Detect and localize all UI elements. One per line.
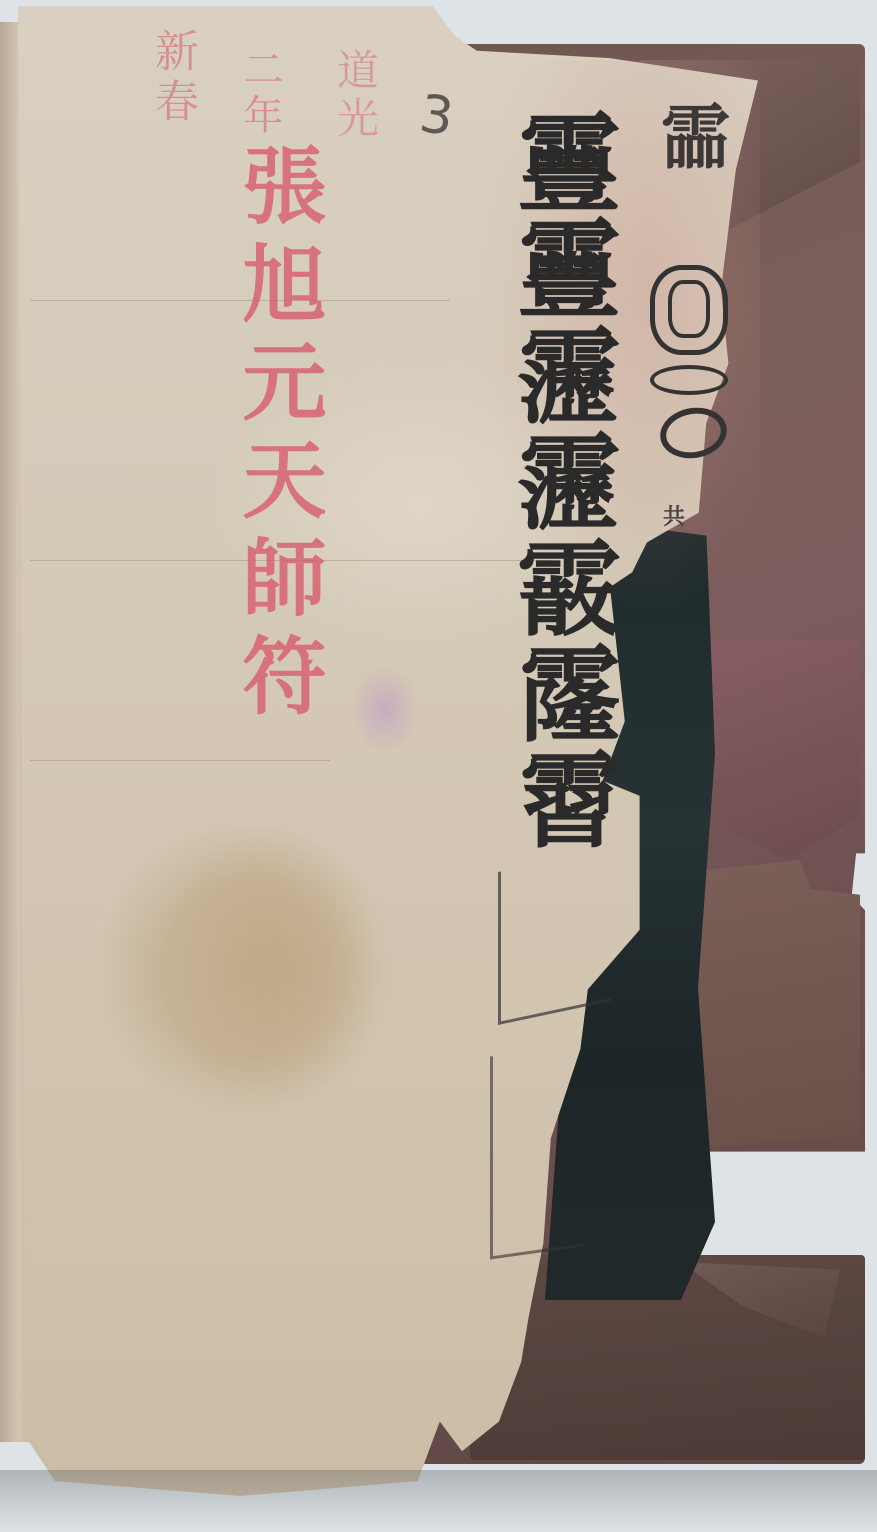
red-text-col-3: 新春 xyxy=(140,28,204,128)
red-text-col-1: 道光 xyxy=(325,48,385,144)
talisman-seal-inner-icon xyxy=(668,280,710,338)
manuscript-photo: 道光 二年 新春 張旭元天師符 3 靊靊靋靋霰霳霫 霝 共 xyxy=(0,0,877,1532)
table-shadow xyxy=(0,1470,877,1532)
leaf-crease xyxy=(30,760,330,761)
small-note: 共 xyxy=(663,500,685,531)
purple-stain xyxy=(350,665,420,755)
talisman-main-column: 靊靊靋靋霰霳霫 xyxy=(500,110,620,852)
talisman-stroke-icon xyxy=(490,1043,583,1259)
red-title: 張旭元天師符 xyxy=(228,142,328,730)
red-text-col-2: 二年 xyxy=(232,48,289,140)
talisman-side-column: 霝 xyxy=(640,100,741,174)
talisman-oval-icon xyxy=(650,365,728,395)
talisman-stroke-icon xyxy=(498,848,611,1025)
water-stain xyxy=(95,820,395,1120)
